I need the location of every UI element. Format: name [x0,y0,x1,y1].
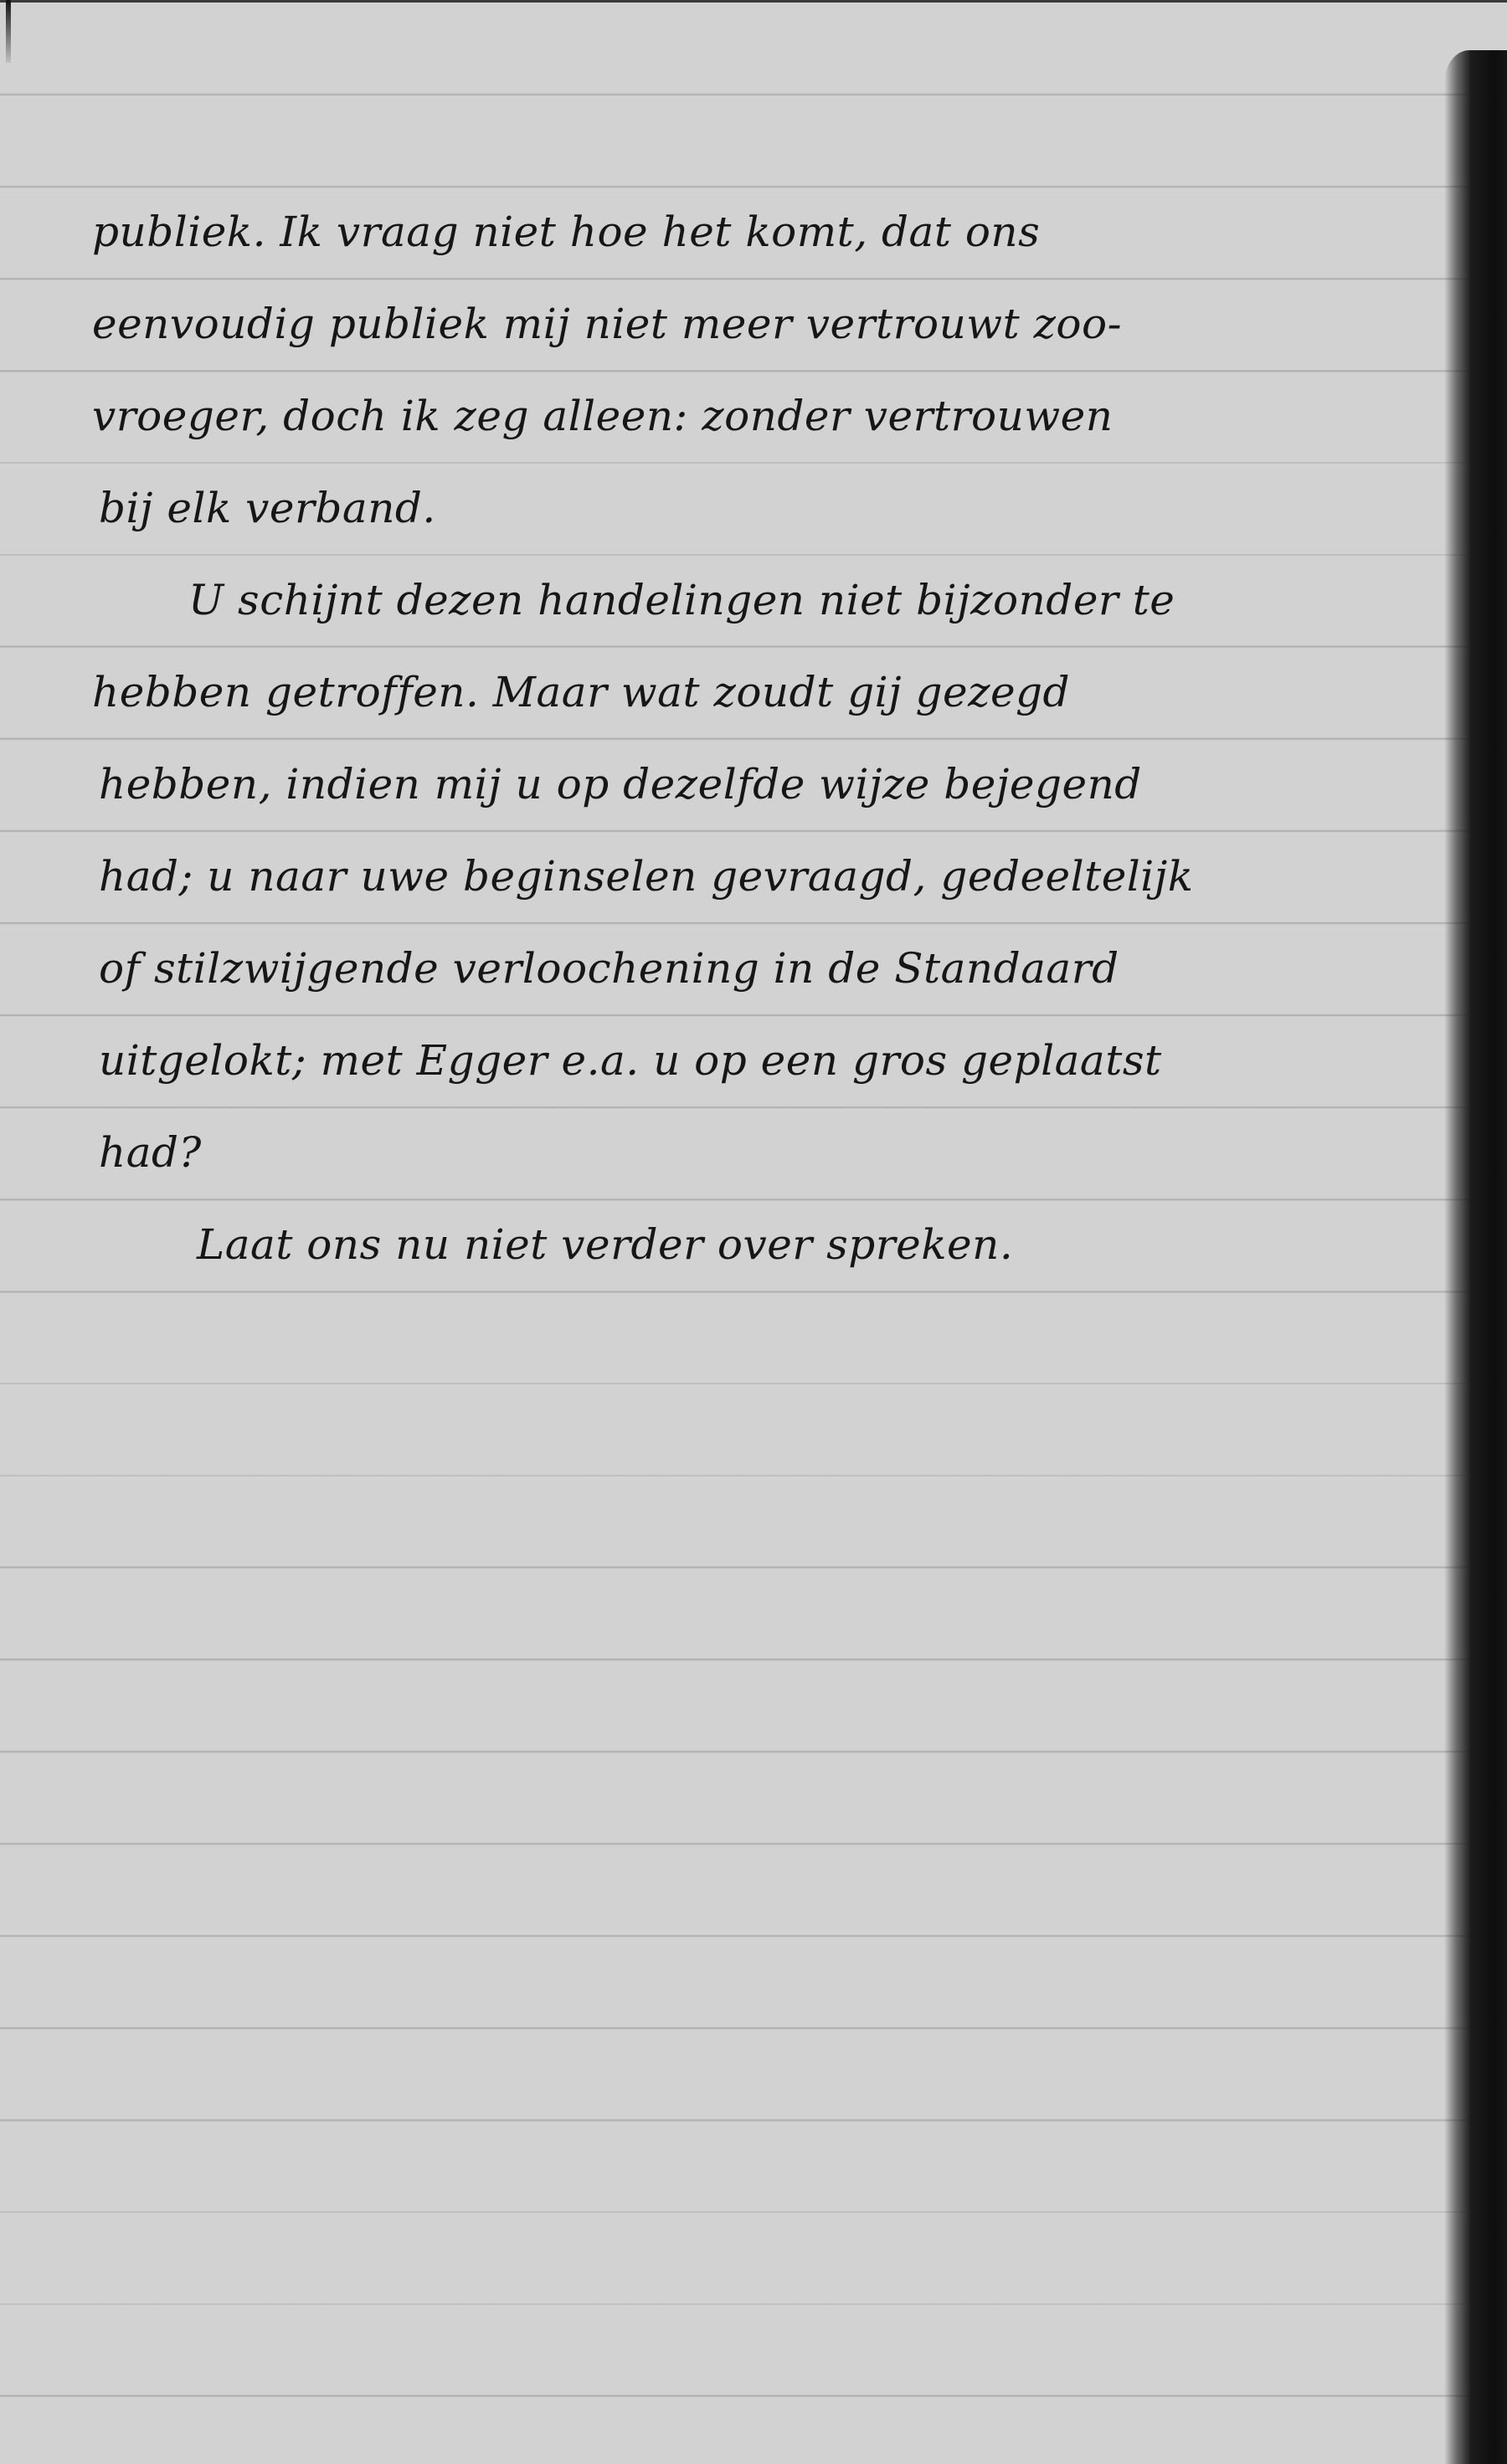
page-top-edge [0,0,1507,3]
text-line: hebben, indien mij u op dezelfde wijze b… [92,738,1465,830]
page-corner-mark [6,0,11,63]
text-line: hebben getroffen. Maar wat zoudt gij gez… [92,646,1465,738]
text-line: had? [92,1106,1465,1199]
handwritten-text: publiek. Ik vraag niet hoe het komt, dat… [92,186,1465,1291]
closing-line: Laat ons nu niet verder over spreken. [92,1199,1465,1291]
manuscript-page: publiek. Ik vraag niet hoe het komt, dat… [0,0,1507,2464]
text-line: bij elk verband. [92,462,1465,554]
text-line: of stilzwijgende verloochening in de Sta… [92,922,1465,1014]
text-line: eenvoudig publiek mij niet meer vertrouw… [92,278,1465,370]
text-line: had; u naar uwe beginselen gevraagd, ged… [92,830,1465,922]
text-line: publiek. Ik vraag niet hoe het komt, dat… [92,186,1465,278]
text-line: vroeger, doch ik zeg alleen: zonder vert… [92,370,1465,462]
text-line: uitgelokt; met Egger e.a. u op een gros … [92,1014,1465,1106]
paragraph-start-line: U schijnt dezen handelingen niet bijzond… [92,554,1465,646]
